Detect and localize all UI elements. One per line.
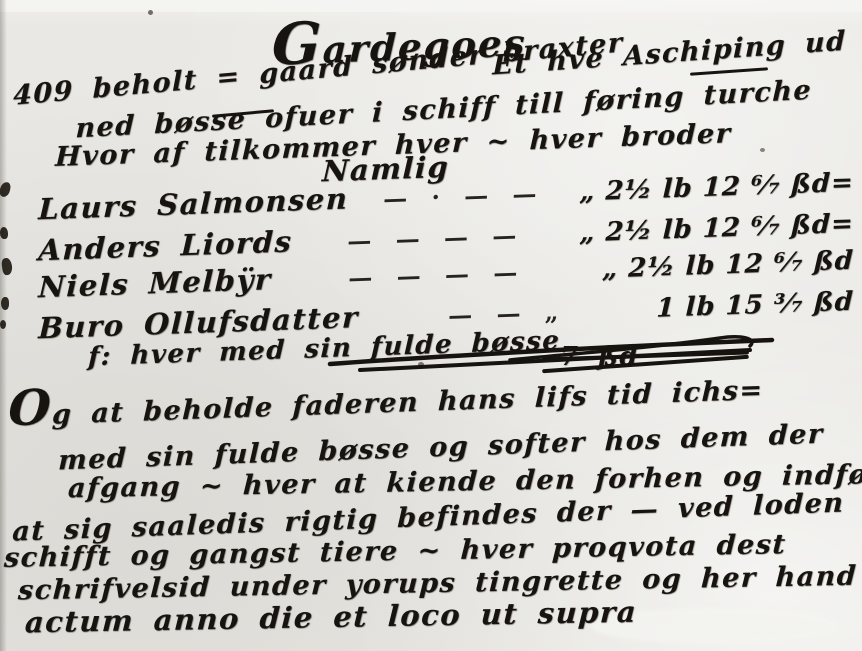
ink-speck: [418, 362, 424, 367]
heir-name: Laurs Salmonsen: [38, 181, 349, 226]
ink-blot: [1, 297, 9, 310]
paragraph1-line1: Og at beholde faderen hans lifs tid ichs…: [8, 375, 764, 432]
heir-amount: „ 2½ lb 12 ⁶⁄₇ ßd: [602, 246, 855, 285]
crossout-mark: [690, 67, 768, 75]
leader-dashes: — · — —: [348, 177, 580, 214]
heir-amount: „ 2½ lb 12 ⁶⁄₇ ßd=: [579, 168, 854, 208]
leader-dashes: — — — —: [271, 255, 603, 296]
ink-blot: [0, 320, 6, 329]
crossout-scribble: [320, 330, 780, 374]
ink-speck: [148, 10, 153, 15]
heir-name: Niels Melbÿr: [38, 262, 272, 304]
manuscript-page: Gardegoes 409 beholt = gaard sønder brax…: [0, 0, 862, 651]
ink-speck: [760, 148, 765, 152]
ink-blot: [1, 257, 13, 275]
leader-dashes: — — — —: [292, 218, 580, 257]
heir-amount: 1 lb 15 ³⁄₇ ßd: [656, 287, 855, 324]
ink-blot: [0, 181, 11, 198]
ink-blot: [0, 227, 8, 239]
